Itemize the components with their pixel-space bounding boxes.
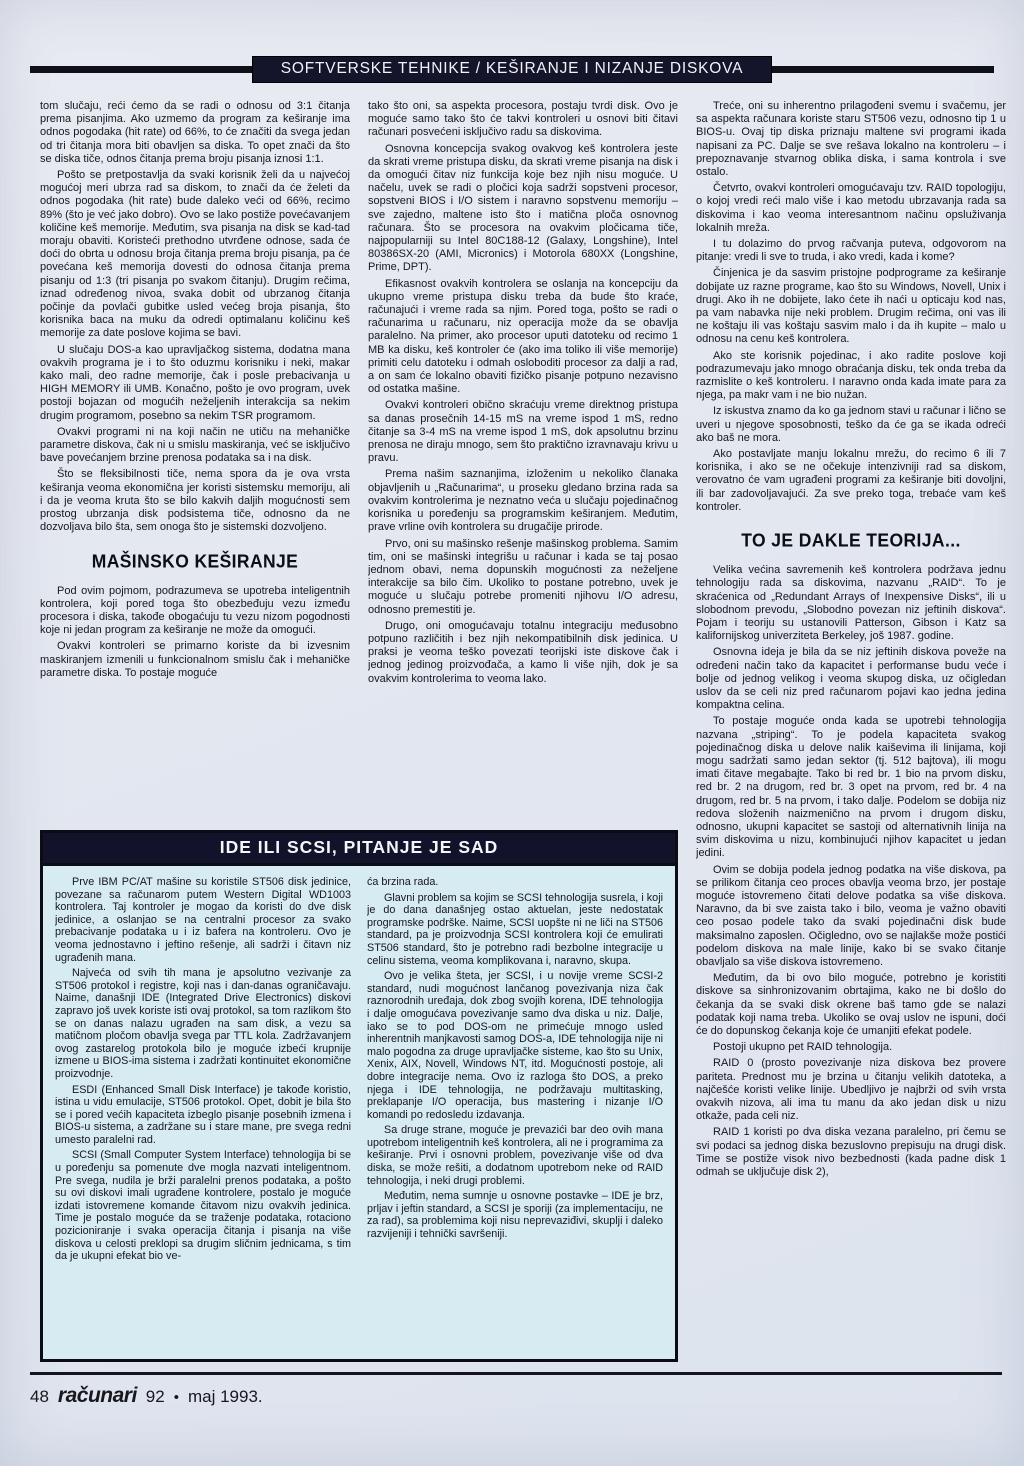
footer-bullet: • [174,1389,179,1406]
magazine-page: SOFTVERSKE TEHNIKE / KEŠIRANJE I NIZANJE… [0,0,1024,1466]
article-paragraph: SCSI (Small Computer System Interface) t… [55,1149,351,1262]
article-paragraph: Drugo, oni omogućavaju totalnu integraci… [368,620,678,686]
sidebar-box-title: IDE ILI SCSI, PITANJE JE SAD [43,833,675,866]
article-paragraph: Činjenica je da sasvim pristojne podprog… [696,267,1006,346]
article-paragraph: RAID 1 koristi po dva diska vezana paral… [696,1126,1006,1179]
article-paragraph: RAID 0 (prosto povezivanje niza diskova … [696,1057,1006,1123]
article-paragraph: Ako postavljate manju lokalnu mrežu, do … [696,448,1006,514]
article-paragraph: Prvo, oni su mašinsko rešenje mašinskog … [368,538,678,617]
article-paragraph: Pod ovim pojmom, podrazumeva se upotreba… [40,585,350,638]
article-paragraph: Osnovna koncepcija svakog ovakvog keš ko… [368,143,678,275]
article-kicker: SOFTVERSKE TEHNIKE / KEŠIRANJE I NIZANJE… [252,56,772,83]
article-paragraph: Ako ste korisnik pojedinac, i ako radite… [696,350,1006,403]
header-rule-right [772,66,994,73]
article-paragraph: ća brzina rada. [367,876,663,889]
article-paragraph: Pošto se pretpostavlja da svaki korisnik… [40,169,350,341]
article-paragraph: Ovakvi programi ni na koji način ne utič… [40,426,350,466]
page-number: 48 [30,1387,49,1407]
article-paragraph: Treće, oni su inherentno prilagođeni sve… [696,100,1006,179]
article-paragraph: Što se fleksibilnosti tiče, nema spora d… [40,468,350,534]
sidebar-box-body: Prve IBM PC/AT mašine su koristile ST506… [43,866,675,1359]
article-paragraph: Prve IBM PC/AT mašine su koristile ST506… [55,876,351,964]
page-footer: 48 računari 92 • maj 1993. [30,1372,1002,1408]
sidebar-box-ide-ili-scsi: IDE ILI SCSI, PITANJE JE SAD Prve IBM PC… [40,830,678,1362]
article-paragraph: Međutim, da bi ovo bilo moguće, potrebno… [696,972,1006,1038]
article-paragraph: I tu dolazimo do prvog račvanja puteva, … [696,238,1006,264]
article-paragraph: Četvrto, ovakvi kontroleri omogućavaju t… [696,182,1006,235]
article-paragraph: Efikasnost ovakvih kontrolera se oslanja… [368,278,678,397]
article-paragraph: Ovakvi kontroleri se primarno koriste da… [40,640,350,680]
article-paragraph: Glavni problem sa kojim se SCSI tehnolog… [367,892,663,968]
column-3: Treće, oni su inherentno prilagođeni sve… [696,100,1006,1362]
article-paragraph: U slučaju DOS-a kao upravljačkog sistema… [40,344,350,423]
sidebar-box-column-2: ća brzina rada. Glavni problem sa kojim … [367,876,663,1347]
article-paragraph: ESDI (Enhanced Small Disk Interface) je … [55,1084,351,1147]
page-header: SOFTVERSKE TEHNIKE / KEŠIRANJE I NIZANJE… [30,56,994,83]
article-paragraph: Sa druge strane, moguće je prevazići bar… [367,1124,663,1187]
issue-date: maj 1993. [188,1387,263,1407]
article-paragraph: Ovakvi kontroleri obično skraćuju vreme … [368,399,678,465]
article-paragraph: Najveća od svih tih mana je apsolutno ve… [55,967,351,1080]
column-2: tako što oni, sa aspekta procesora, post… [368,100,678,822]
article-paragraph: Velika većina savremenih keš kontrolera … [696,564,1006,643]
article-paragraph: Ovim se dobija podela jednog podatka na … [696,864,1006,970]
column-1: tom slučaju, reći ćemo da se radi o odno… [40,100,350,822]
section-heading-masinsko-kesiranje: MAŠINSKO KEŠIRANJE [40,550,350,573]
article-paragraph: Osnovna ideja je bila da se niz jeftinih… [696,646,1006,712]
article-paragraph: Prema našim saznanjima, izloženim u neko… [368,468,678,534]
section-heading-to-je-dakle-teorija: TO JE DAKLE TEORIJA... [696,529,1006,552]
article-paragraph: Međutim, nema sumnje u osnovne postavke … [367,1190,663,1240]
article-paragraph: Postoji ukupno pet RAID tehnologija. [696,1041,1006,1054]
article-paragraph: tom slučaju, reći ćemo da se radi o odno… [40,100,350,166]
article-paragraph: tako što oni, sa aspekta procesora, post… [368,100,678,140]
header-rule-left [30,66,252,73]
sidebar-box-column-1: Prve IBM PC/AT mašine su koristile ST506… [55,876,351,1347]
issue-number: 92 [146,1387,165,1407]
article-paragraph: Iz iskustva znamo da ko ga jednom stavi … [696,405,1006,445]
article-body: tom slučaju, reći ćemo da se radi o odno… [40,100,1006,1362]
article-paragraph: To postaje moguće onda kada se upotrebi … [696,715,1006,860]
article-paragraph: Ovo je velika šteta, jer SCSI, i u novij… [367,970,663,1121]
magazine-logo: računari [58,1384,137,1408]
